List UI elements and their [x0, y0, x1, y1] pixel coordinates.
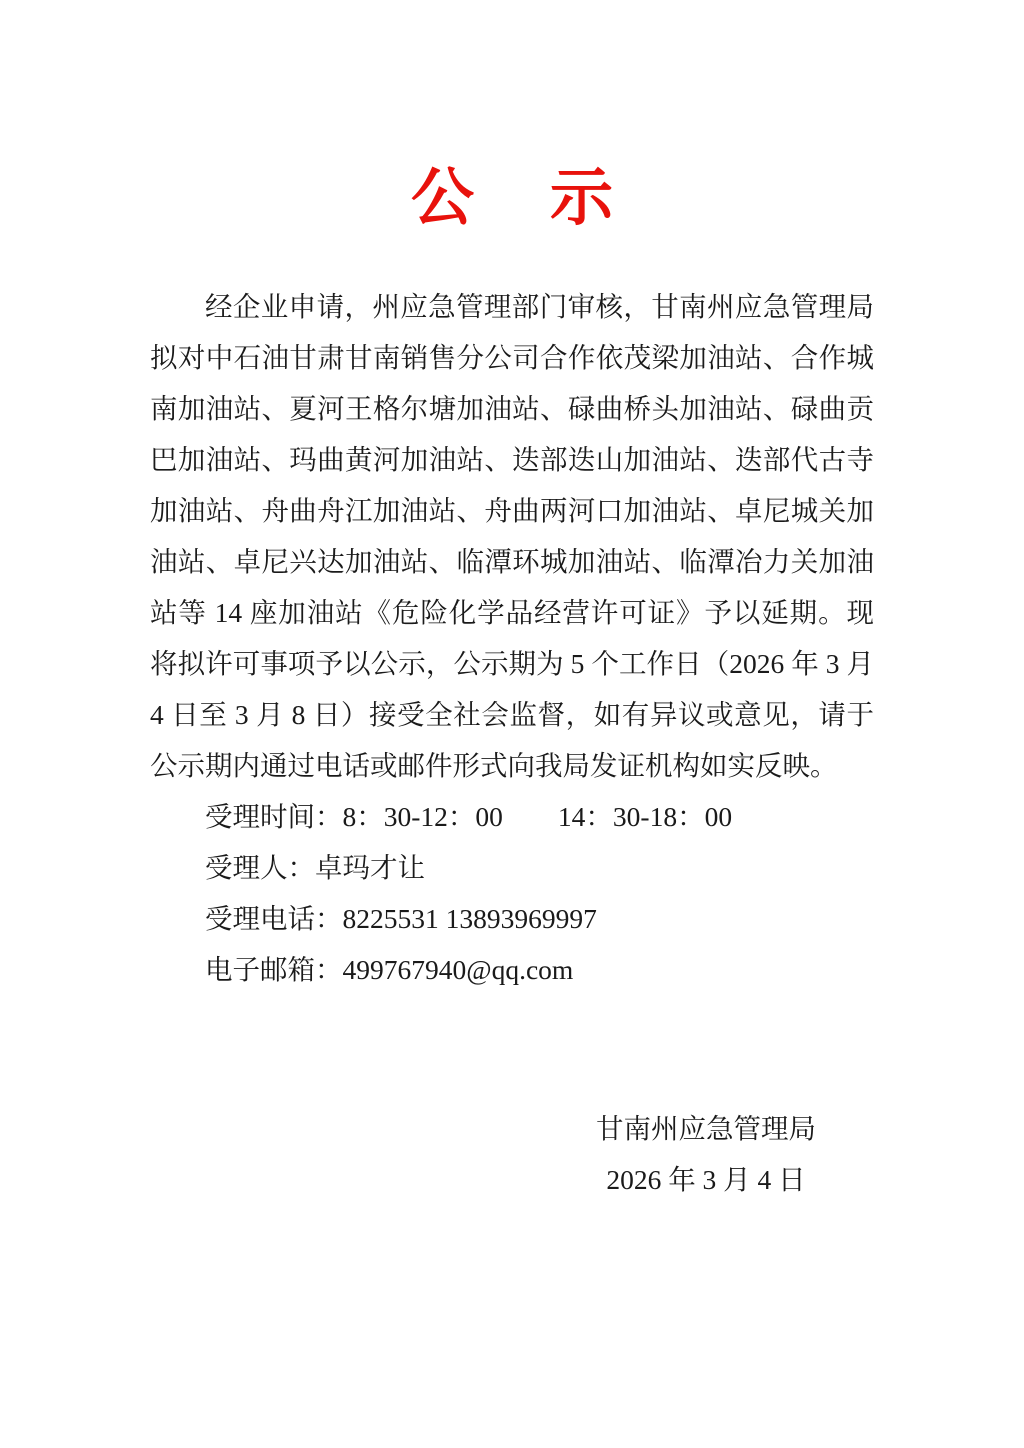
signature-date: 2026 年 3 月 4 日	[500, 1154, 912, 1205]
reception-time-line: 受理时间：8：30-12：00 14：30-18：00	[150, 791, 874, 842]
body-line: 油站、卓尼兴达加油站、临潭环城加油站、临潭冶力关加油	[150, 536, 874, 587]
reception-phone-line: 受理电话：8225531 13893969997	[150, 893, 874, 944]
body-line: 4 日至 3 月 8 日）接受全社会监督，如有异议或意见，请于	[150, 689, 874, 740]
body-line: 公示期内通过电话或邮件形式向我局发证机构如实反映。	[150, 740, 874, 791]
notice-title-char-left: 公	[411, 163, 474, 233]
reception-email-line: 电子邮箱：499767940@qq.com	[150, 944, 874, 995]
notice-body: 经企业申请，州应急管理部门审核，甘南州应急管理局 拟对中石油甘肃甘南销售分公司合…	[150, 281, 874, 1205]
signature-block: 甘南州应急管理局 2026 年 3 月 4 日	[500, 1103, 912, 1205]
body-line: 站等 14 座加油站《危险化学品经营许可证》予以延期。现	[150, 587, 874, 638]
reception-person-line: 受理人：卓玛才让	[150, 842, 874, 893]
signature-org: 甘南州应急管理局	[500, 1103, 912, 1154]
notice-title: 公示	[0, 156, 1024, 240]
body-line: 加油站、舟曲舟江加油站、舟曲两河口加油站、卓尼城关加	[150, 485, 874, 536]
notice-page: 公示 经企业申请，州应急管理部门审核，甘南州应急管理局 拟对中石油甘肃甘南销售分…	[0, 0, 1024, 1448]
body-line: 拟对中石油甘肃甘南销售分公司合作依茂梁加油站、合作城	[150, 332, 874, 383]
body-line: 南加油站、夏河王格尔塘加油站、碌曲桥头加油站、碌曲贡	[150, 383, 874, 434]
body-line: 巴加油站、玛曲黄河加油站、迭部迭山加油站、迭部代古寺	[150, 434, 874, 485]
notice-title-char-right: 示	[550, 163, 613, 233]
body-line: 将拟许可事项予以公示，公示期为 5 个工作日（2026 年 3 月	[150, 638, 874, 689]
body-line: 经企业申请，州应急管理部门审核，甘南州应急管理局	[150, 281, 874, 332]
